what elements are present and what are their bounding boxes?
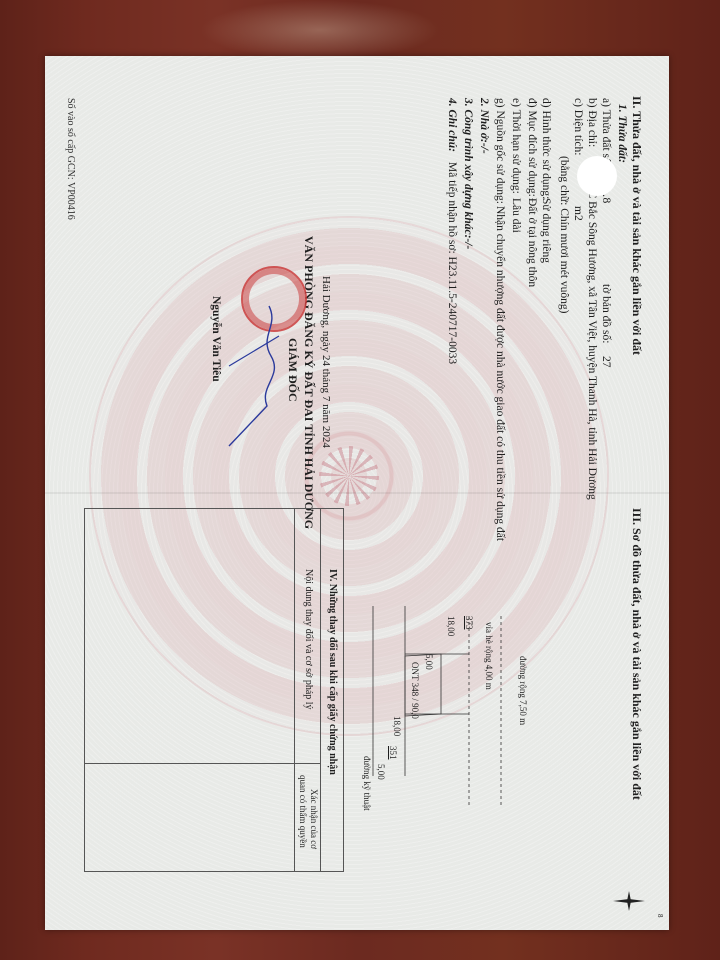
signature bbox=[219, 296, 289, 456]
address-value: KDC Bắc Sông Hương, xã Tân Việt, huyện T… bbox=[586, 174, 598, 500]
changes-table-title-row: IV. Những thay đổi sau khi cấp giấy chứn… bbox=[320, 509, 343, 871]
place-date: Hải Dương, ngày 24 tháng 7 năm 2024 bbox=[320, 276, 331, 448]
note-value: Mã tiếp nhận hồ sơ: H23.11.5-240717-0033 bbox=[446, 162, 458, 364]
area-unit: m2 bbox=[572, 206, 584, 221]
column-authority-line2: quan có thẩm quyền bbox=[298, 775, 307, 848]
certificate-paper: II. Thửa đất, nhà ở và tài sản khác gắn … bbox=[45, 56, 669, 930]
house-item: 2. Nhà ở:-/- bbox=[478, 98, 490, 154]
edge-top: 18,00 bbox=[446, 616, 455, 636]
section-iv-title: IV. Những thay đổi sau khi cấp giấy chứn… bbox=[327, 569, 337, 775]
drum-star-watermark bbox=[319, 446, 379, 506]
usage-form-label: d) Hình thức sử dụng: bbox=[540, 98, 552, 199]
neighbor-left: 373 bbox=[464, 616, 473, 630]
section-ii-title: II. Thửa đất, nhà ở và tài sản khác gắn … bbox=[631, 96, 643, 355]
north-arrow-icon bbox=[607, 886, 647, 916]
redacted-area bbox=[577, 156, 617, 196]
wood-table-glare bbox=[200, 0, 440, 60]
issuing-office: VĂN PHÒNG ĐĂNG KÝ ĐẤT ĐAI TỈNH HẢI DƯƠNG bbox=[303, 236, 315, 529]
column-authority-line1: Xác nhận của cơ bbox=[309, 789, 318, 849]
origin-value: Nhận chuyển nhượng đất được nhà nước gia… bbox=[494, 206, 506, 541]
table-column-divider bbox=[85, 763, 321, 764]
certificate-sheet: II. Thửa đất, nhà ở và tài sản khác gắn … bbox=[45, 56, 669, 930]
registry-number: Số vào sổ cấp GCN: VP00416 bbox=[65, 98, 75, 220]
map-sheet-label: tờ bản đồ số: bbox=[600, 284, 612, 343]
map-sheet-value: 27 bbox=[600, 356, 612, 368]
usage-term-value: Lâu dài bbox=[510, 198, 522, 233]
sidewalk-label: vỉa hè rộng 4,00 m bbox=[484, 622, 493, 690]
usage-term-label: e) Thời hạn sử dụng: bbox=[510, 98, 522, 194]
address-label: b) Địa chỉ: bbox=[586, 98, 598, 147]
fold-line bbox=[45, 492, 669, 494]
column-changes-content: Nội dung thay đổi và cơ sở pháp lý bbox=[303, 569, 313, 710]
edge-back: 5,00 bbox=[376, 764, 385, 780]
area-in-words: (bằng chữ: Chín mươi mét vuông) bbox=[558, 156, 570, 314]
parcel-heading: 1. Thửa đất: bbox=[616, 104, 628, 163]
tech-road-label: đường kỹ thuật bbox=[362, 756, 371, 811]
note-label: 4. Ghi chú: bbox=[446, 98, 458, 152]
parcel-diagram bbox=[339, 506, 619, 926]
neighbor-right: 351 bbox=[388, 746, 397, 760]
parcel-label: ONT 348 / 90,0 bbox=[410, 662, 419, 719]
origin-label: g) Nguồn gốc sử dụng: bbox=[494, 98, 506, 204]
changes-table-header-row: Nội dung thay đổi và cơ sở pháp lý Xác n… bbox=[294, 509, 321, 871]
area-label: c) Diện tích: bbox=[572, 98, 584, 155]
changes-table: IV. Những thay đổi sau khi cấp giấy chứn… bbox=[84, 508, 344, 872]
usage-form-value: Sử dụng riêng bbox=[540, 198, 552, 263]
edge-front: 5,00 bbox=[424, 654, 433, 670]
usage-purpose-value: Đất ở tại nông thôn bbox=[526, 198, 538, 287]
other-construction-item: 3. Công trình xây dựng khác:-/- bbox=[462, 98, 474, 249]
edge-bottom: 18,00 bbox=[392, 716, 401, 736]
road-label: đường rộng 7,50 m bbox=[518, 656, 527, 725]
page-marker: 8 bbox=[656, 914, 663, 918]
signer-name: Nguyễn Văn Tiêu bbox=[210, 296, 222, 382]
usage-purpose-label: đ) Mục đích sử dụng: bbox=[526, 98, 538, 197]
section-iii-title: III. Sơ đồ thửa đất, nhà ở và tài sản kh… bbox=[631, 508, 643, 800]
